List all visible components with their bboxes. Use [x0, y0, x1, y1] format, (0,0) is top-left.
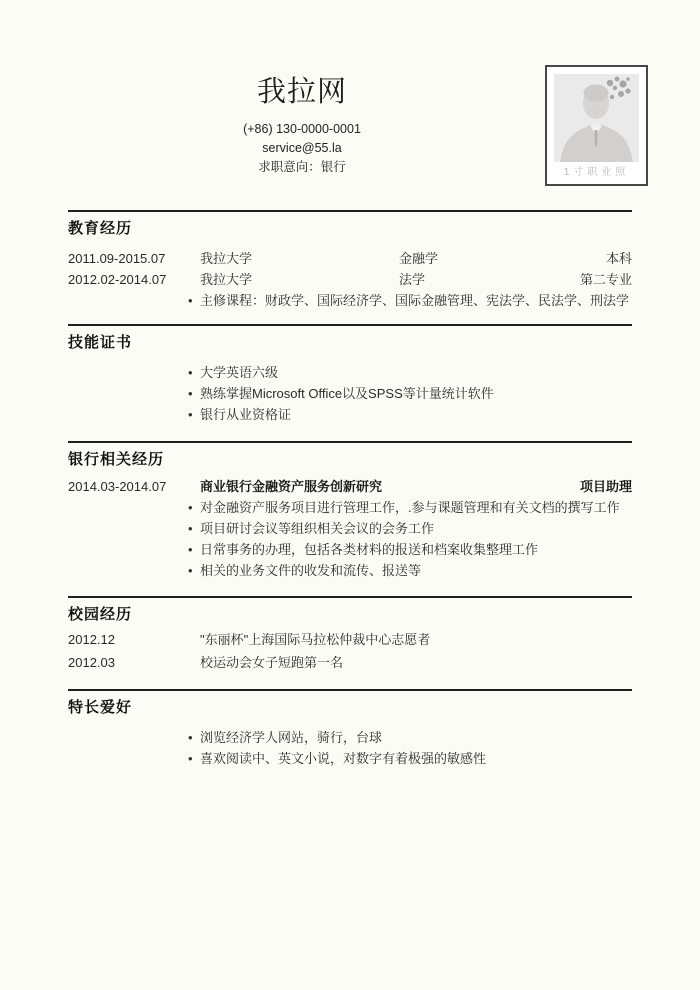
experience-project-title: 商业银行金融资产服务创新研究 [200, 476, 580, 497]
hobbies-section: 特长爱好 • 浏览经济学人网站，骑行，台球 • 喜欢阅读中、英文小说，对数字有着… [68, 689, 632, 769]
bullet-text: 浏览经济学人网站，骑行，台球 [200, 730, 382, 745]
education-degree: 本科 [606, 248, 632, 269]
bullet-text: 项目研讨会议等组织相关会议的会务工作 [200, 521, 434, 536]
education-section: 教育经历 2011.09-2015.07 我拉大学 金融学 本科 2012.02… [68, 210, 632, 324]
experience-bullet: • 相关的业务文件的收发和流传、报送等 [68, 560, 632, 581]
bullet-icon: • [188, 383, 193, 404]
bullet-text: 日常事务的办理，包括各类材料的报送和档案收集整理工作 [200, 542, 538, 557]
bullet-text: 喜欢阅读中、英文小说，对数字有着极强的敏感性 [200, 751, 486, 766]
bullet-text: 大学英语六级 [200, 365, 278, 380]
bullet-text: 对金融资产服务项目进行管理工作，.参与课题管理和有关文档的撰写工作 [200, 500, 620, 515]
section-title-skills: 技能证书 [68, 334, 632, 351]
skill-bullet: • 熟练掌握Microsoft Office以及SPSS等计量统计软件 [68, 383, 632, 404]
bullet-text: 主修课程：财政学、国际经济学、国际金融管理、宪法学、民法学、刑法学 [200, 293, 629, 308]
education-date: 2011.09-2015.07 [68, 248, 200, 269]
education-row: 2011.09-2015.07 我拉大学 金融学 本科 [68, 248, 632, 269]
bullet-icon: • [188, 362, 193, 383]
bullet-icon: • [188, 497, 193, 518]
education-school: 我拉大学 [200, 248, 399, 269]
section-divider [68, 441, 632, 443]
section-title-campus: 校园经历 [68, 606, 632, 623]
job-objective: 求职意向：银行 [68, 158, 536, 177]
candidate-name: 我拉网 [68, 76, 536, 108]
bank-experience-row: 2014.03-2014.07 商业银行金融资产服务创新研究 项目助理 [68, 476, 632, 497]
section-title-hobbies: 特长爱好 [68, 699, 632, 716]
education-school: 我拉大学 [200, 269, 399, 290]
campus-date: 2012.12 [68, 628, 200, 651]
education-major: 法学 [399, 269, 580, 290]
email-address: service@55.la [68, 139, 536, 158]
education-date: 2012.02-2014.07 [68, 269, 200, 290]
bullet-text: 相关的业务文件的收发和流传、报送等 [200, 563, 421, 578]
bullet-text: 熟练掌握Microsoft Office以及SPSS等计量统计软件 [200, 386, 494, 401]
resume-page: 我拉网 (+86) 130-0000-0001 service@55.la 求职… [0, 0, 700, 990]
section-divider [68, 596, 632, 598]
experience-bullet: • 日常事务的办理，包括各类材料的报送和档案收集整理工作 [68, 539, 632, 560]
skill-bullet: • 银行从业资格证 [68, 404, 632, 425]
experience-bullet: • 项目研讨会议等组织相关会议的会务工作 [68, 518, 632, 539]
campus-row: 2012.12 "东丽杯"上海国际马拉松仲裁中心志愿者 [68, 628, 632, 651]
section-title-bank-experience: 银行相关经历 [68, 451, 632, 468]
campus-section: 校园经历 2012.12 "东丽杯"上海国际马拉松仲裁中心志愿者 2012.03… [68, 596, 632, 689]
photo-caption: 1寸职业照 [554, 162, 639, 184]
resume-sections: 教育经历 2011.09-2015.07 我拉大学 金融学 本科 2012.02… [68, 210, 632, 769]
person-silhouette-icon [554, 74, 639, 162]
campus-description: "东丽杯"上海国际马拉松仲裁中心志愿者 [200, 628, 632, 651]
education-major: 金融学 [399, 248, 606, 269]
bank-experience-section: 银行相关经历 2014.03-2014.07 商业银行金融资产服务创新研究 项目… [68, 441, 632, 596]
section-title-education: 教育经历 [68, 220, 632, 237]
photo-image-area [554, 74, 639, 162]
bullet-icon: • [188, 404, 193, 425]
bullet-icon: • [188, 290, 193, 311]
campus-row: 2012.03 校运动会女子短跑第一名 [68, 651, 632, 674]
bullet-icon: • [188, 727, 193, 748]
campus-date: 2012.03 [68, 651, 200, 674]
education-bullet: • 主修课程：财政学、国际经济学、国际金融管理、宪法学、民法学、刑法学 [68, 290, 632, 311]
header-text-block: 我拉网 (+86) 130-0000-0001 service@55.la 求职… [68, 76, 536, 177]
section-divider [68, 210, 632, 212]
section-divider [68, 324, 632, 326]
bullet-text: 银行从业资格证 [200, 407, 291, 422]
campus-description: 校运动会女子短跑第一名 [200, 651, 632, 674]
photo-placeholder: 1寸职业照 [545, 65, 648, 186]
education-degree: 第二专业 [580, 269, 632, 290]
section-divider [68, 689, 632, 691]
phone-number: (+86) 130-0000-0001 [68, 120, 536, 139]
hobby-bullet: • 浏览经济学人网站，骑行，台球 [68, 727, 632, 748]
experience-role: 项目助理 [580, 476, 632, 497]
experience-bullet: • 对金融资产服务项目进行管理工作，.参与课题管理和有关文档的撰写工作 [68, 497, 632, 518]
bullet-icon: • [188, 748, 193, 769]
skill-bullet: • 大学英语六级 [68, 362, 632, 383]
experience-date: 2014.03-2014.07 [68, 476, 200, 497]
bullet-icon: • [188, 518, 193, 539]
bullet-icon: • [188, 560, 193, 581]
skills-section: 技能证书 • 大学英语六级 • 熟练掌握Microsoft Office以及SP… [68, 324, 632, 441]
education-row: 2012.02-2014.07 我拉大学 法学 第二专业 [68, 269, 632, 290]
hobby-bullet: • 喜欢阅读中、英文小说，对数字有着极强的敏感性 [68, 748, 632, 769]
bullet-icon: • [188, 539, 193, 560]
